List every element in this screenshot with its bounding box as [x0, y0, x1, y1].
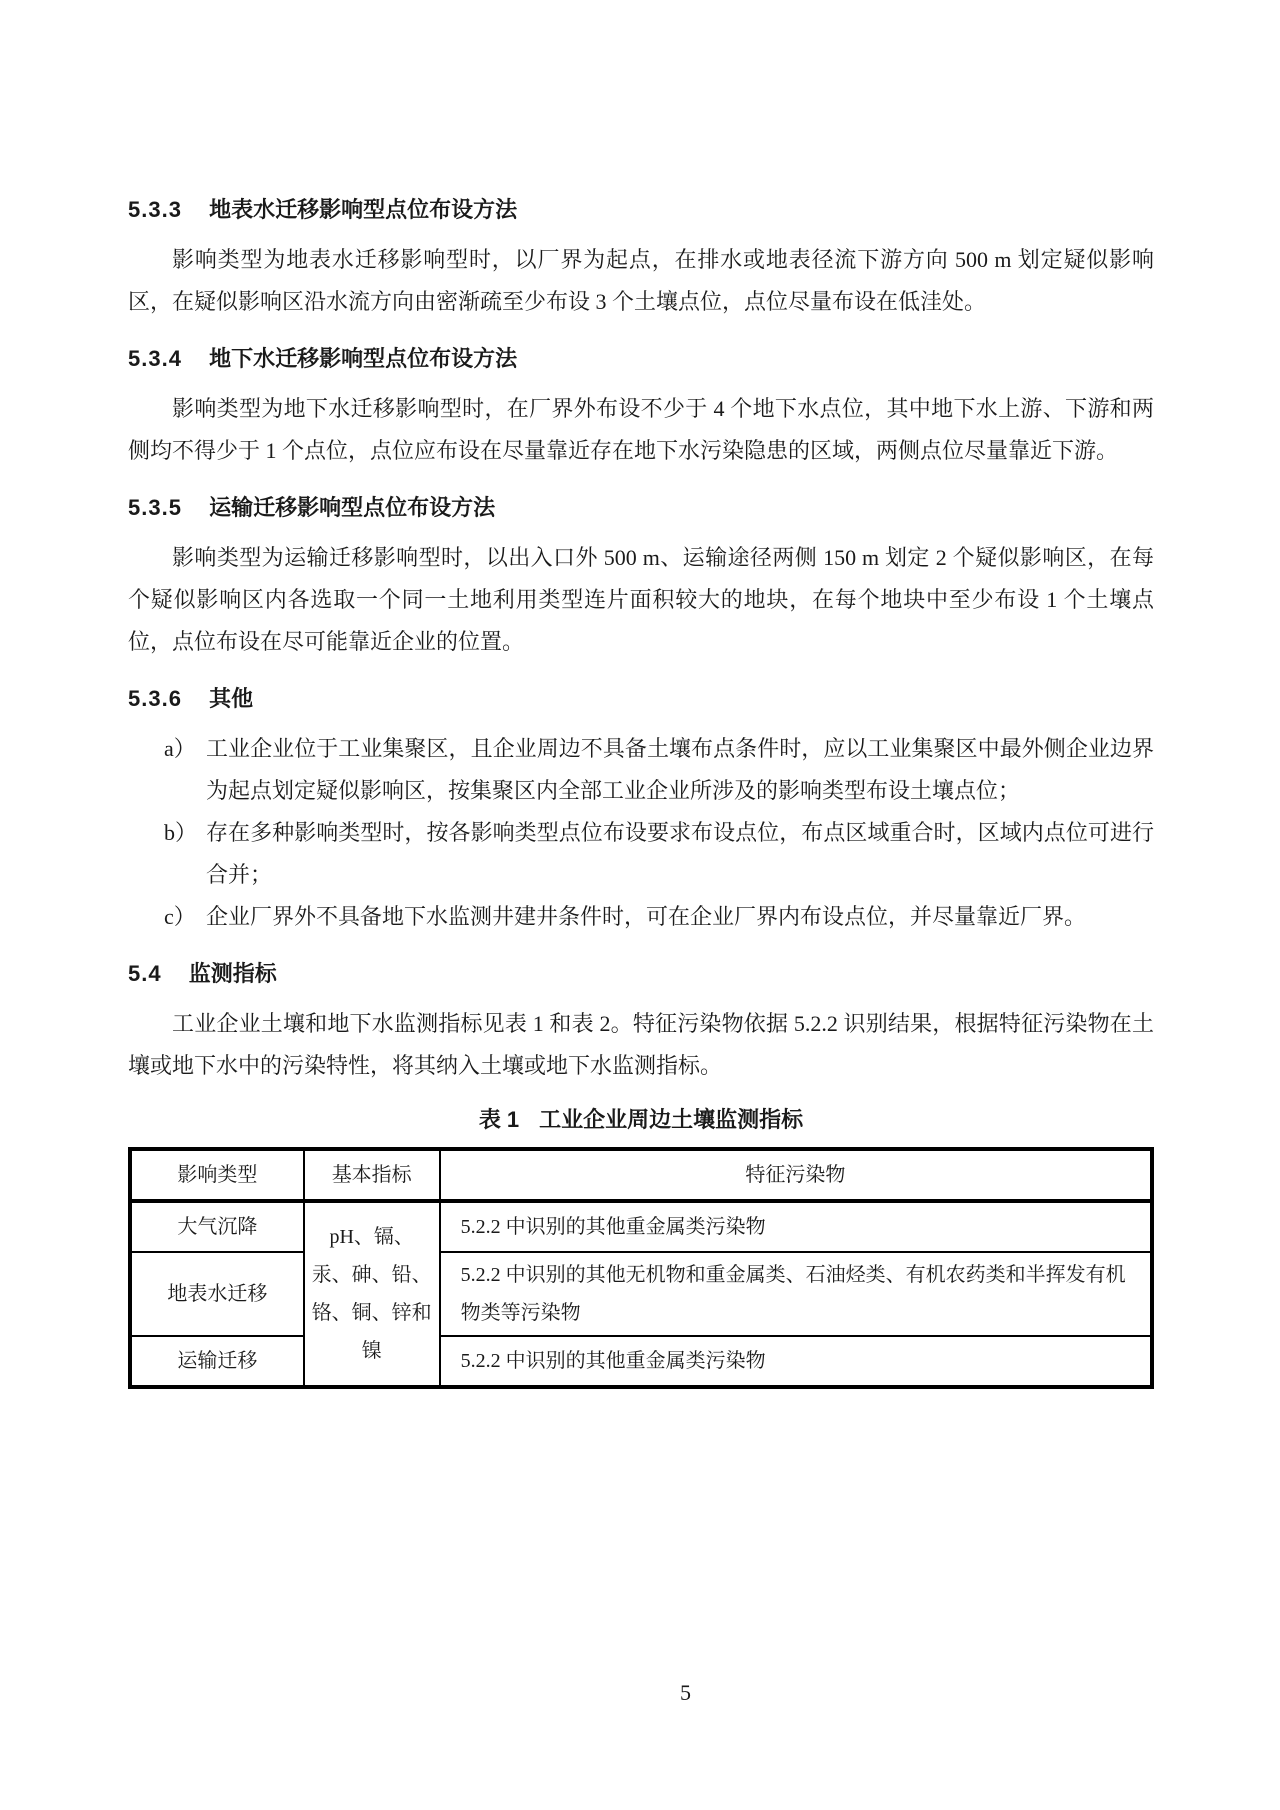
- cell-basic-indicator: pH、镉、汞、砷、铅、铬、铜、锌和镍: [304, 1201, 440, 1387]
- list-item-text: 企业厂界外不具备地下水监测井建井条件时，可在企业厂界内布设点位，并尽量靠近厂界。: [206, 904, 1086, 929]
- section-number: 5.3.5: [128, 495, 182, 520]
- table-caption-title: 工业企业周边土壤监测指标: [539, 1107, 803, 1132]
- list-item-c: c） 企业厂界外不具备地下水监测井建井条件时，可在企业厂界内布设点位，并尽量靠近…: [128, 896, 1154, 938]
- list-item-b: b） 存在多种影响类型时，按各影响类型点位布设要求布设点位，布点区域重合时，区域…: [128, 812, 1154, 896]
- section-heading-5-3-5: 5.3.5 运输迁移影响型点位布设方法: [128, 494, 1154, 522]
- cell-pollutants: 5.2.2 中识别的其他无机物和重金属类、石油烃类、有机农药类和半挥发有机物类等…: [440, 1252, 1152, 1336]
- list-item-a: a） 工业企业位于工业集聚区，且企业周边不具备土壤布点条件时，应以工业集聚区中最…: [128, 728, 1154, 812]
- section-title: 地下水迁移影响型点位布设方法: [209, 346, 517, 371]
- document-page: 5.3.3 地表水迁移影响型点位布设方法 影响类型为地表水迁移影响型时，以厂界为…: [0, 0, 1280, 1810]
- page-content: 5.3.3 地表水迁移影响型点位布设方法 影响类型为地表水迁移影响型时，以厂界为…: [0, 0, 1280, 1389]
- section-title: 运输迁移影响型点位布设方法: [209, 495, 495, 520]
- list-item-label: b）: [164, 812, 197, 854]
- column-header-basic-indicator: 基本指标: [304, 1149, 440, 1201]
- table-row: 运输迁移 5.2.2 中识别的其他重金属类污染物: [130, 1336, 1152, 1387]
- page-number: 5: [680, 1680, 691, 1706]
- table-row: 地表水迁移 5.2.2 中识别的其他无机物和重金属类、石油烃类、有机农药类和半挥…: [130, 1252, 1152, 1336]
- cell-impact-type: 运输迁移: [130, 1336, 304, 1387]
- section-number: 5.3.4: [128, 346, 182, 371]
- section-title: 监测指标: [189, 961, 277, 986]
- section-number: 5.4: [128, 961, 162, 986]
- column-header-characteristic-pollutants: 特征污染物: [440, 1149, 1152, 1201]
- list-item-label: a）: [164, 728, 196, 770]
- column-header-impact-type: 影响类型: [130, 1149, 304, 1201]
- table-1-soil-monitoring-indicators: 影响类型 基本指标 特征污染物 大气沉降 pH、镉、汞、砷、铅、铬、铜、锌和镍 …: [128, 1147, 1154, 1389]
- section-heading-5-3-3: 5.3.3 地表水迁移影响型点位布设方法: [128, 196, 1154, 224]
- section-number: 5.3.3: [128, 197, 182, 222]
- cell-pollutants: 5.2.2 中识别的其他重金属类污染物: [440, 1336, 1152, 1387]
- body-paragraph: 影响类型为运输迁移影响型时，以出入口外 500 m、运输途径两侧 150 m 划…: [128, 537, 1154, 663]
- cell-impact-type: 地表水迁移: [130, 1252, 304, 1336]
- table-caption: 表 1工业企业周边土壤监测指标: [128, 1107, 1154, 1133]
- section-heading-5-3-4: 5.3.4 地下水迁移影响型点位布设方法: [128, 345, 1154, 373]
- section-title: 地表水迁移影响型点位布设方法: [209, 197, 517, 222]
- body-paragraph: 影响类型为地下水迁移影响型时，在厂界外布设不少于 4 个地下水点位，其中地下水上…: [128, 388, 1154, 472]
- table-caption-label: 表 1: [479, 1107, 519, 1132]
- table-row: 大气沉降 pH、镉、汞、砷、铅、铬、铜、锌和镍 5.2.2 中识别的其他重金属类…: [130, 1201, 1152, 1252]
- table-header-row: 影响类型 基本指标 特征污染物: [130, 1149, 1152, 1201]
- list-item-text: 存在多种影响类型时，按各影响类型点位布设要求布设点位，布点区域重合时，区域内点位…: [206, 820, 1154, 887]
- section-number: 5.3.6: [128, 686, 182, 711]
- body-paragraph: 工业企业土壤和地下水监测指标见表 1 和表 2。特征污染物依据 5.2.2 识别…: [128, 1003, 1154, 1087]
- body-paragraph: 影响类型为地表水迁移影响型时，以厂界为起点，在排水或地表径流下游方向 500 m…: [128, 239, 1154, 323]
- lettered-list: a） 工业企业位于工业集聚区，且企业周边不具备土壤布点条件时，应以工业集聚区中最…: [128, 728, 1154, 938]
- section-heading-5-3-6: 5.3.6 其他: [128, 685, 1154, 713]
- cell-pollutants: 5.2.2 中识别的其他重金属类污染物: [440, 1201, 1152, 1252]
- list-item-label: c）: [164, 896, 196, 938]
- list-item-text: 工业企业位于工业集聚区，且企业周边不具备土壤布点条件时，应以工业集聚区中最外侧企…: [206, 736, 1154, 803]
- cell-impact-type: 大气沉降: [130, 1201, 304, 1252]
- section-heading-5-4: 5.4 监测指标: [128, 960, 1154, 988]
- section-title: 其他: [209, 686, 253, 711]
